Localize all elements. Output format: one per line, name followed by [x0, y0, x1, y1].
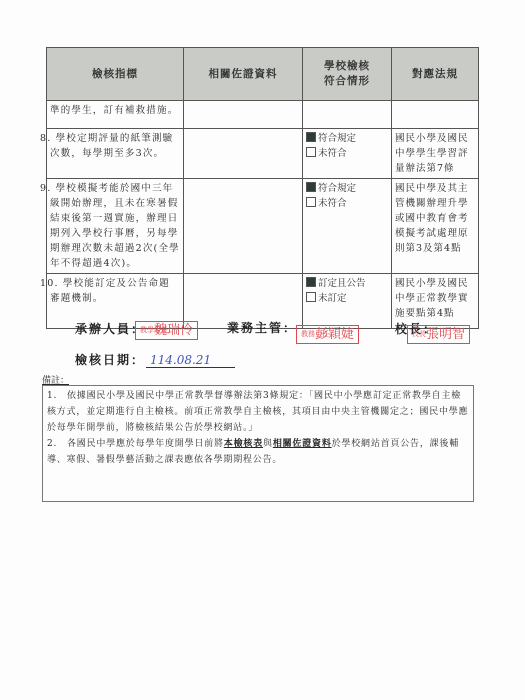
law-cell: 國民中學及其主管機關辦理升學或國中教育會考模擬考試處理原則第3及第4點: [392, 179, 479, 274]
evidence-cell: [184, 101, 303, 129]
note-item-2: 2. 各國民中學應於每學年度開學日前將本檢核表與相關佐證資料於學校網站首頁公告，…: [47, 436, 469, 468]
status-cell: 訂定且公告 未訂定: [303, 274, 392, 329]
inspection-table: 檢核指標 相關佐證資料 學校檢核 符合情形 對應法規 準的學生，訂有補救措施。 …: [46, 47, 479, 329]
indicator-cell: 9. 學校模擬考能於國中三年級開始辦理，且未在寒暑假結束後第一週實施，辦理日期列…: [47, 179, 184, 274]
indicator-cell: 8. 學校定期評量的紙筆測驗次數，每學期至多3次。: [47, 129, 184, 179]
table-row: 8. 學校定期評量的紙筆測驗次數，每學期至多3次。 符合規定 未符合 國民小學及…: [47, 129, 479, 179]
checkbox-unchecked-icon[interactable]: [306, 197, 316, 207]
checkbox-option[interactable]: 符合規定: [306, 181, 388, 196]
table-row: 9. 學校模擬考能於國中三年級開始辦理，且未在寒暑假結束後第一週實施，辦理日期列…: [47, 179, 479, 274]
table-row: 準的學生，訂有補救措施。: [47, 101, 479, 129]
status-cell: 符合規定 未符合: [303, 179, 392, 274]
header-indicator: 檢核指標: [47, 48, 184, 101]
header-evidence: 相關佐證資料: [184, 48, 303, 101]
evidence-cell: [184, 129, 303, 179]
note-item-1: 1. 依據國民小學及國民中學正常教學督導辦法第3條規定：「國民中小學應訂定正常教…: [47, 388, 469, 436]
handler-stamp: 教學組長魏瑞伶: [135, 321, 198, 340]
law-cell: 國民小學及國民中學學生學習評量辦法第7條: [392, 129, 479, 179]
principal-stamp: 校長張明智: [407, 325, 470, 344]
indicator-cell: 準的學生，訂有補救措施。: [47, 101, 184, 129]
header-status: 學校檢核 符合情形: [303, 48, 392, 101]
checkbox-option[interactable]: 訂定且公告: [306, 276, 388, 291]
checkbox-unchecked-icon[interactable]: [306, 147, 316, 157]
checkbox-checked-icon[interactable]: [306, 132, 316, 142]
table-header-row: 檢核指標 相關佐證資料 學校檢核 符合情形 對應法規: [47, 48, 479, 101]
notes-box: 1. 依據國民小學及國民中學正常教學督導辦法第3條規定：「國民中小學應訂定正常教…: [42, 385, 474, 502]
checkbox-option[interactable]: 未符合: [306, 146, 388, 161]
supervisor-label: 業務主管：: [227, 319, 297, 336]
status-cell: 符合規定 未符合: [303, 129, 392, 179]
checkbox-unchecked-icon[interactable]: [306, 292, 316, 302]
evidence-cell: [184, 179, 303, 274]
header-law: 對應法規: [392, 48, 479, 101]
date-label: 檢核日期：: [75, 351, 145, 368]
checkbox-option[interactable]: 未符合: [306, 196, 388, 211]
status-cell: [303, 101, 392, 129]
checkbox-checked-icon[interactable]: [306, 182, 316, 192]
date-value: 114.08.21: [146, 353, 235, 368]
law-cell: [392, 101, 479, 129]
supervisor-stamp: 教務主任彭穎婕: [296, 325, 359, 344]
checkbox-option[interactable]: 符合規定: [306, 131, 388, 146]
checkbox-option[interactable]: 未訂定: [306, 291, 388, 306]
checkbox-checked-icon[interactable]: [306, 277, 316, 287]
